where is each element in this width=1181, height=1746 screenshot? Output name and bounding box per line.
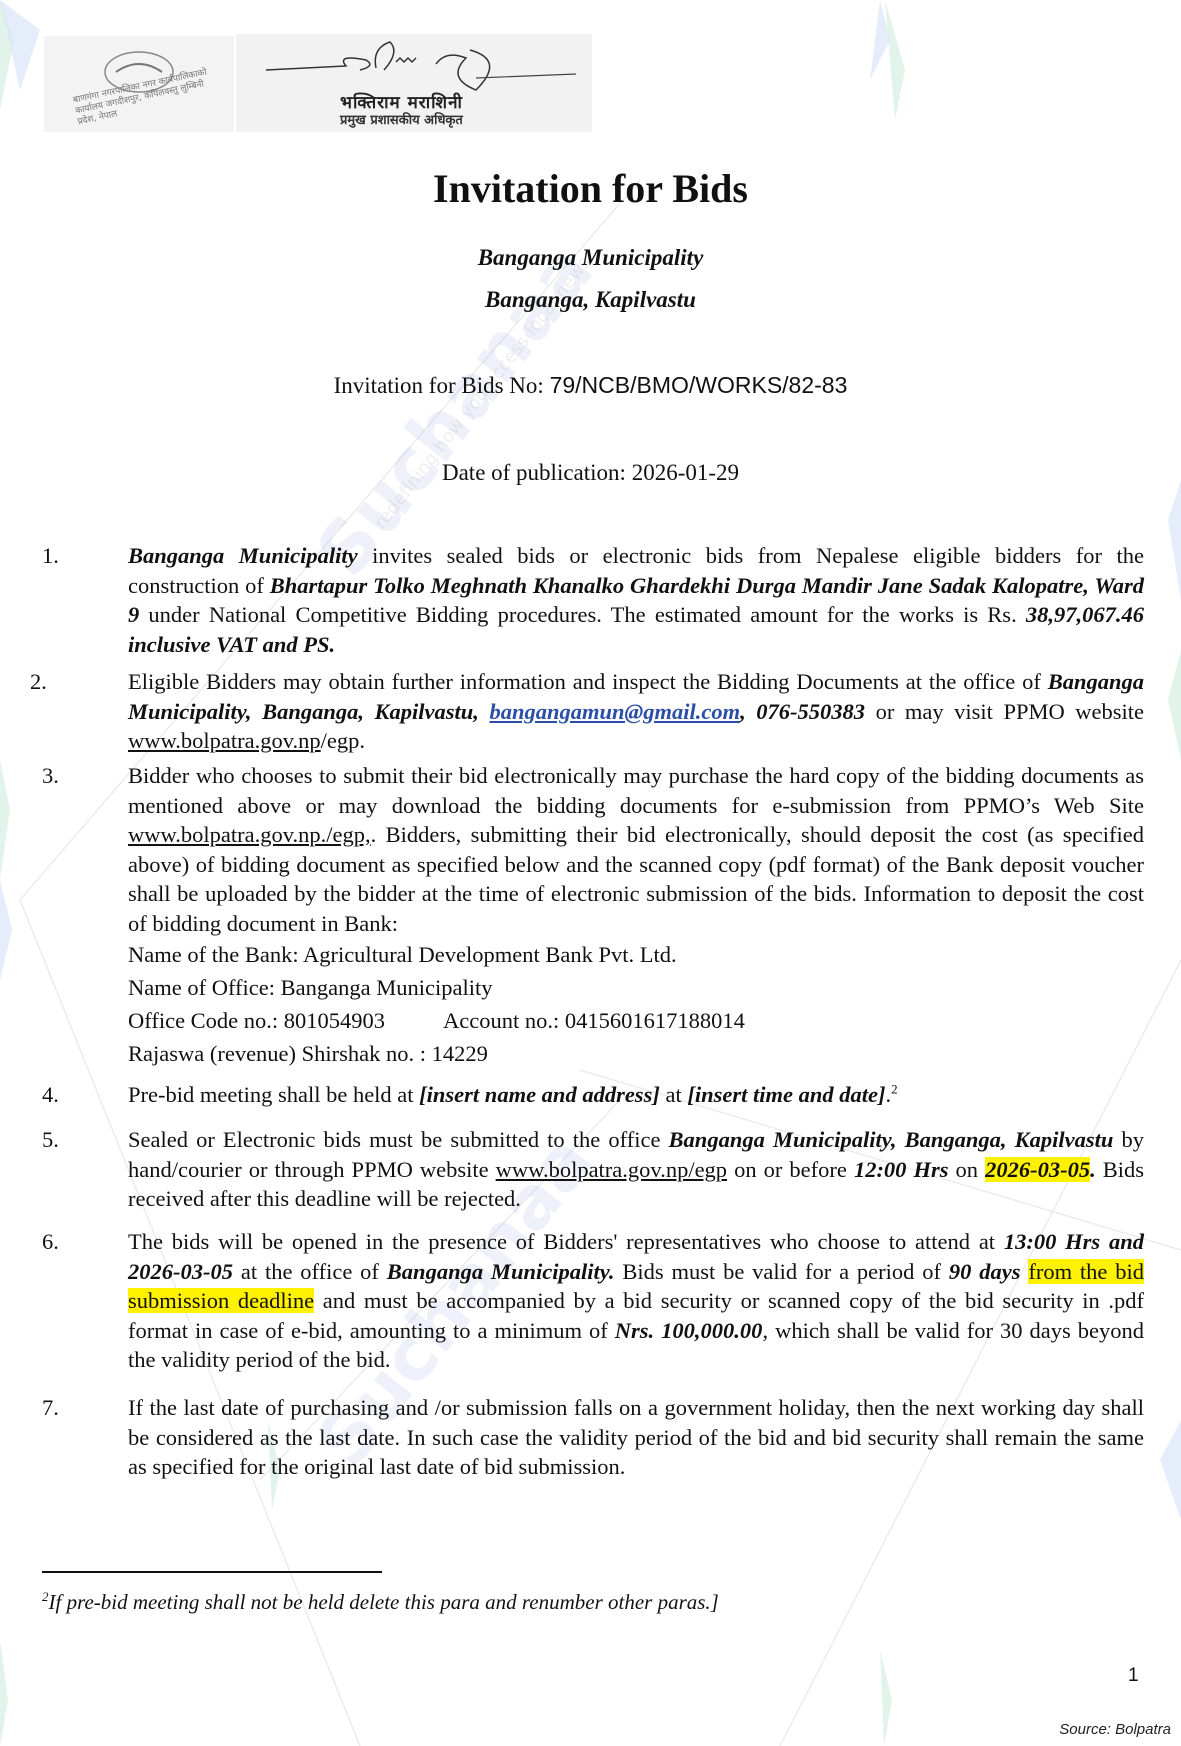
signature-block: भक्तिराम मराशिनी प्रमुख प्रशासकीय अधिकृत <box>236 34 592 132</box>
placeholder-time: [insert time and date] <box>687 1082 885 1107</box>
website-link[interactable]: www.bolpatra.gov.np./egp, <box>128 822 371 847</box>
footnote-reference: 2 <box>891 1082 898 1097</box>
bid-security-amount: Nrs. 100,000.00 <box>615 1318 763 1343</box>
org-name: Banganga Municipality <box>128 543 358 568</box>
item-number: 2. <box>30 667 47 697</box>
list-item-1: Banganga Municipality invites sealed bid… <box>128 541 1144 659</box>
footnote-divider <box>42 1571 382 1573</box>
bank-name: Name of the Bank: Agricultural Developme… <box>128 938 1144 971</box>
text: Bidder who chooses to submit their bid e… <box>128 763 1144 818</box>
item-number: 5. <box>42 1125 59 1155</box>
phone-number: 076-550383 <box>756 699 865 724</box>
source-credit: Source: Bolpatra <box>1059 1721 1171 1738</box>
office-name: Banganga Municipality. <box>387 1259 615 1284</box>
list-item-6: The bids will be opened in the presence … <box>128 1227 1144 1375</box>
list-item-2: Eligible Bidders may obtain further info… <box>128 667 1144 756</box>
item-number: 4. <box>42 1080 59 1110</box>
placeholder-place: [insert name and address] <box>419 1082 660 1107</box>
revenue-code: Rajaswa (revenue) Shirshak no. : 14229 <box>128 1037 1144 1070</box>
ifb-number-line: Invitation for Bids No: 79/NCB/BMO/WORKS… <box>0 372 1181 399</box>
item-number: 3. <box>42 761 59 791</box>
text: or may visit PPMO website <box>865 699 1144 724</box>
submission-time: 12:00 Hrs <box>854 1157 949 1182</box>
text: /egp. <box>321 728 365 753</box>
text: , <box>740 699 756 724</box>
page-title: Invitation for Bids <box>0 165 1181 212</box>
text: under National Competitive Bidding proce… <box>139 602 1026 627</box>
item-number: 7. <box>42 1393 59 1423</box>
list-item-5: Sealed or Electronic bids must be submit… <box>128 1125 1144 1214</box>
account-number: Account no.: 0415601617188014 <box>443 1008 745 1033</box>
signatory-title: प्रमुख प्रशासकीय अधिकृत <box>340 110 463 128</box>
bid-validity: 90 days <box>949 1259 1021 1284</box>
text: Pre-bid meeting shall be held at <box>128 1082 419 1107</box>
text: at <box>660 1082 688 1107</box>
text: at the office of <box>233 1259 387 1284</box>
office-name: Name of Office: Banganga Municipality <box>128 971 1144 1004</box>
municipality-seal: बाणगंगा नगरपालिका नगर कार्यपालिकाको कार्… <box>44 36 234 132</box>
office-code-and-account: Office Code no.: 801054903Account no.: 0… <box>128 1004 1144 1037</box>
text: on or before <box>727 1157 854 1182</box>
submission-deadline-date: 2026-03-05 <box>985 1157 1090 1182</box>
website-link[interactable]: www.bolpatra.gov.np <box>128 728 321 753</box>
item-number: 1. <box>42 541 59 571</box>
ifb-number: 79/NCB/BMO/WORKS/82-83 <box>550 372 848 398</box>
publication-label: Date of publication: <box>442 460 632 485</box>
list-item-3: Bidder who chooses to submit their bid e… <box>128 761 1144 1070</box>
office-address: Banganga Municipality, Banganga, Kapilva… <box>669 1127 1114 1152</box>
text: Bids must be valid for a period of <box>615 1259 949 1284</box>
text: Sealed or Electronic bids must be submit… <box>128 1127 669 1152</box>
organization-name: Banganga Municipality <box>0 245 1181 271</box>
website-link[interactable]: www.bolpatra.gov.np/egp <box>496 1157 727 1182</box>
item-number: 6. <box>42 1227 59 1257</box>
document-page: बाणगंगा नगरपालिका नगर कार्यपालिकाको कार्… <box>0 0 1181 1746</box>
text: If the last date of purchasing and /or s… <box>128 1395 1144 1479</box>
organization-location: Banganga, Kapilvastu <box>0 287 1181 313</box>
email-link[interactable]: bangangamun@gmail.com <box>489 699 740 724</box>
text: on <box>949 1157 986 1182</box>
ifb-label: Invitation for Bids No: <box>334 373 550 398</box>
footnote: 2If pre-bid meeting shall not be held de… <box>42 1590 719 1615</box>
list-item-4: Pre-bid meeting shall be held at [insert… <box>128 1080 1144 1110</box>
text: The bids will be opened in the presence … <box>128 1229 1004 1254</box>
list-item-7: If the last date of purchasing and /or s… <box>128 1393 1144 1482</box>
publication-date: 2026-01-29 <box>632 460 739 485</box>
publication-date-line: Date of publication: 2026-01-29 <box>0 460 1181 486</box>
text: Eligible Bidders may obtain further info… <box>128 669 1048 694</box>
page-number: 1 <box>1128 1665 1139 1687</box>
office-code: Office Code no.: 801054903 <box>128 1008 385 1033</box>
footnote-text: If pre-bid meeting shall not be held del… <box>49 1590 719 1614</box>
